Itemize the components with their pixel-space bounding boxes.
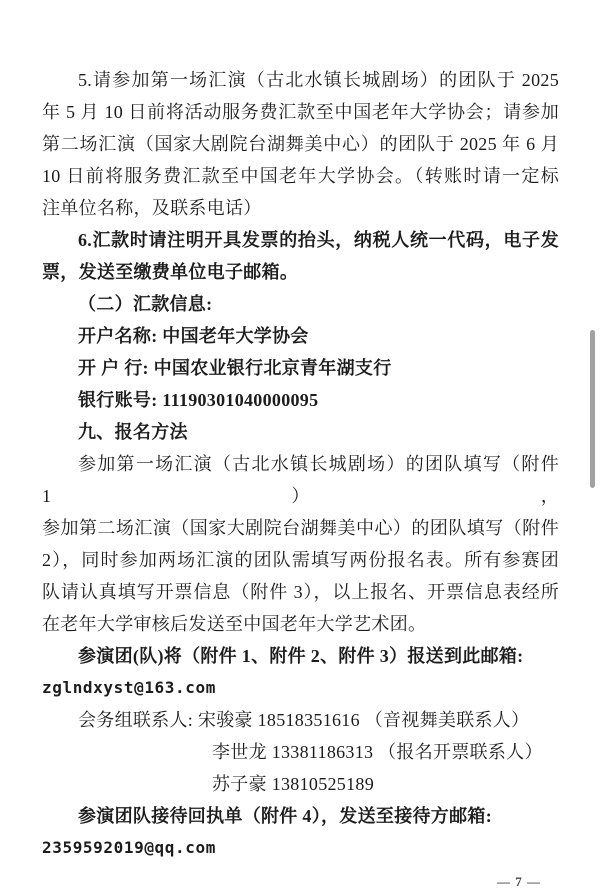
paragraph-submission-line: 参演团(队)将（附件 1、附件 2、附件 3）报送到此邮箱: [42,640,559,672]
remittance-info-heading: （二）汇款信息: [42,288,559,320]
paragraph-payment-deadline-line: 注单位名称，及联系电话） [42,192,559,224]
paragraph-registration-line: 队请认真填写开票信息（附件 3），以上报名、开票信息表经所 [42,576,559,608]
account-name-line: 开户名称: 中国老年大学协会 [42,320,559,352]
reception-email: 2359592019@qq.com [42,832,559,864]
scrollbar-thumb[interactable] [590,330,595,488]
contact-person-1: 会务组联系人: 宋骏豪 18518351616 （音视舞美联系人） [42,704,559,736]
paragraph-payment-deadline-line: 5.请参加第一场汇演（古北水镇长城剧场）的团队于 2025 [42,64,559,96]
paragraph-registration-line: 参加第二场汇演（国家大剧院台湖舞美中心）的团队填写（附件 [42,512,559,544]
account-number-line: 银行账号: 11190301040000095 [42,384,559,416]
page-number: — 7 — [42,874,559,890]
paragraph-payment-deadline-line: 年 5 月 10 日前将活动服务费汇款至中国老年大学协会；请参加 [42,96,559,128]
submission-email: zglndxyst@163.com [42,672,559,704]
contact-person-2: 李世龙 13381186313 （报名开票联系人） [42,736,559,768]
section-heading-registration: 九、报名方法 [42,416,559,448]
paragraph-invoice-note-line: 6.汇款时请注明开具发票的抬头，纳税人统一代码，电子发 [42,224,559,256]
document-page: 5.请参加第一场汇演（古北水镇长城剧场）的团队于 2025 年 5 月 10 日… [42,64,559,890]
paragraph-payment-deadline-line: 10 日前将服务费汇款至中国老年大学协会。（转账时请一定标 [42,160,559,192]
paragraph-registration-line: 2），同时参加两场汇演的团队需填写两份报名表。所有参赛团 [42,544,559,576]
paragraph-registration-line: 参加第一场汇演（古北水镇长城剧场）的团队填写（附件 1）， [42,448,559,512]
paragraph-receipt-line: 参演团队接待回执单（附件 4），发送至接待方邮箱: [42,800,559,832]
contact-person-3: 苏子豪 13810525189 [42,768,559,800]
bank-branch-line: 开 户 行: 中国农业银行北京青年湖支行 [42,352,559,384]
paragraph-payment-deadline-line: 第二场汇演（国家大剧院台湖舞美中心）的团队于 2025 年 6 月 [42,128,559,160]
paragraph-invoice-note-line: 票，发送至缴费单位电子邮箱。 [42,256,559,288]
paragraph-registration-line: 在老年大学审核后发送至中国老年大学艺术团。 [42,608,559,640]
